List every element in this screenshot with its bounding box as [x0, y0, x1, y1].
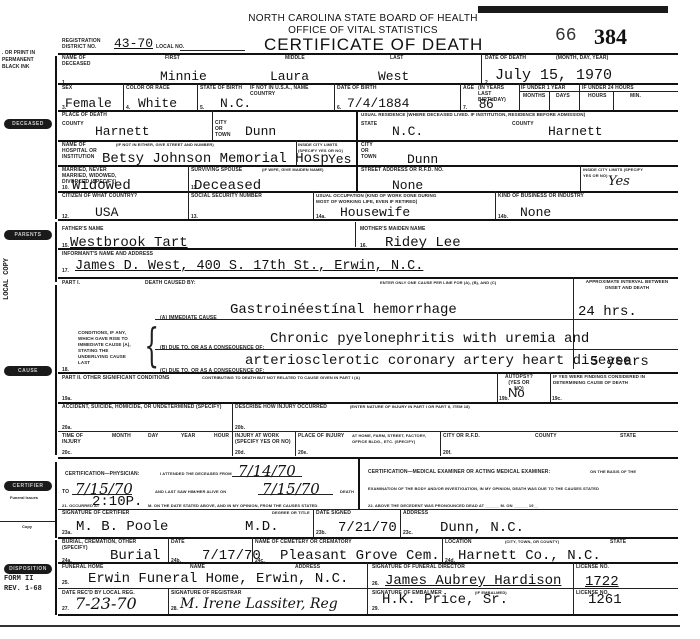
- citizen-label: CITIZEN OF WHAT COUNTRY?: [62, 193, 137, 199]
- last-saw-alive: 7/15/70: [262, 480, 320, 498]
- father-label: FATHER'S NAME: [62, 226, 104, 232]
- attended-from: 7/14/70: [238, 462, 296, 480]
- date-signed-label: DATE SIGNED: [316, 510, 351, 516]
- time-injury-label: TIME OF INJURY: [62, 433, 87, 445]
- place-of-death-county: Harnett: [95, 124, 150, 139]
- sex-label: SEX: [62, 85, 72, 91]
- part2-label: PART II. OTHER SIGNIFICANT CONDITIONS: [62, 375, 170, 381]
- birth-state: N.C.: [220, 96, 251, 111]
- injury-day-label: DAY: [148, 433, 158, 439]
- agency-line-1: NORTH CAROLINA STATE BOARD OF HEALTH: [248, 13, 478, 24]
- name-label: NAME OF DECEASED: [62, 55, 102, 67]
- injury-year-label: YEAR: [181, 433, 195, 439]
- registration-district-label: REGISTRATION DISTRICT NO.: [62, 38, 106, 50]
- describe-injury-label: DESCRIBE HOW INJURY OCCURRED: [235, 404, 327, 410]
- date-of-death-label: DATE OF DEATH: [485, 55, 526, 61]
- last-label: LAST: [390, 55, 403, 61]
- age-label: AGE: [463, 85, 474, 91]
- res-city-label: CITY OR TOWN: [361, 142, 381, 160]
- me-note-1: ON THE BASIS OF THE: [590, 469, 636, 475]
- injury-month-label: MONTH: [112, 433, 131, 439]
- death-label: DEATH: [340, 489, 354, 495]
- address-label: ADDRESS: [403, 510, 428, 516]
- age-days-label: DAYS: [556, 93, 570, 99]
- residence-label: USUAL RESIDENCE (WHERE DECEASED LIVED. I…: [361, 112, 585, 118]
- cemetery-label: NAME OF CEMETERY OR CREMATORY: [255, 539, 352, 545]
- certificate-prefix: 66: [555, 26, 577, 46]
- certificate-number: 384: [594, 24, 627, 50]
- res-street-label: STREET ADDRESS OR R.F.D. No.: [361, 167, 444, 173]
- certifier-name: M. B. Poole: [76, 519, 168, 535]
- mother-label: MOTHER'S MAIDEN NAME: [360, 226, 425, 232]
- spouse-note: (IF WIFE, GIVE MAIDEN NAME): [262, 167, 324, 173]
- age: 86: [479, 96, 493, 111]
- me-note-2: EXAMINATION OF THE BODY AND/OR INVESTIGA…: [368, 486, 599, 492]
- funeral-home-label: FUNERAL HOME: [62, 564, 103, 570]
- if-yes-label: IF YES WERE FINDINGS CONSIDERED IN DETER…: [553, 374, 678, 386]
- autopsy: No: [508, 385, 525, 400]
- date-of-birth: 7/4/1884: [347, 96, 409, 111]
- death-caused-by-label: DEATH CAUSED BY:: [145, 280, 196, 286]
- location-state-label: STATE: [610, 539, 626, 545]
- director-signature-label: SIGNATURE OF FUNERAL DIRECTOR: [372, 564, 465, 570]
- injury-hour-label: HOUR: [214, 433, 229, 439]
- race-label: COLOR OR RACE: [126, 85, 170, 91]
- occurred-time: 2:10P.: [92, 494, 142, 510]
- embalmer-license: 1261: [588, 592, 622, 608]
- age-months-label: MONTHS: [523, 93, 545, 99]
- certifier-copy-note: Copy: [22, 523, 32, 530]
- date-signed: 7/21/70: [338, 520, 397, 536]
- section-tab-disposition: DISPOSITION: [4, 564, 52, 574]
- deceased-last-name: West: [378, 69, 409, 84]
- immediate-cause-interval: 24 hrs.: [578, 304, 637, 320]
- physician-cert-label: CERTIFICATION—PHYSICIAN:: [65, 471, 140, 477]
- funeral-director: James Aubrey Hardison: [385, 573, 561, 589]
- due-to-b: Chronic pyelonephritis with uremia and: [270, 331, 589, 347]
- accident-label: ACCIDENT, SUICIDE, HOMICIDE, OR UNDETERM…: [62, 404, 232, 410]
- residence-inside-city: Yes: [608, 174, 630, 189]
- section-tab-cause: CAUSE: [4, 366, 52, 376]
- occupation-label: USUAL OCCUPATION (KIND OF WORK DONE DURI…: [316, 193, 446, 205]
- enter-only-label: ENTER ONLY ONE CAUSE PER LINE FOR (a), (…: [380, 280, 496, 286]
- last-saw-label: AND LAST SAW HIM/HER ALIVE ON: [155, 489, 226, 495]
- industry-label: KIND OF BUSINESS OR INDUSTRY: [498, 193, 584, 199]
- informant: James D. West, 400 S. 17th St., Erwin, N…: [75, 259, 423, 274]
- injury-county-label: COUNTY: [535, 433, 557, 439]
- degree-label: DEGREE OR TITLE: [272, 510, 310, 516]
- deceased-middle-name: Laura: [270, 69, 309, 84]
- redaction-bar: [478, 6, 668, 13]
- dob-label: DATE OF BIRTH: [337, 85, 377, 91]
- spouse-label: SURVIVING SPOUSE: [191, 167, 242, 173]
- immediate-cause-label: (a) IMMEDIATE CAUSE: [160, 315, 217, 321]
- funeral-home-name-label: NAME: [190, 564, 205, 570]
- date-of-death: July 15, 1970: [495, 67, 612, 84]
- form-rev: REV. 1-68: [4, 586, 42, 593]
- to-label: TO: [62, 489, 69, 495]
- business-industry: None: [520, 205, 551, 220]
- signature-certifier-label: SIGNATURE OF CERTIFIER: [62, 510, 129, 516]
- place-injury-note: AT HOME, FARM, STREET, FACTORY, OFFICE B…: [352, 433, 442, 445]
- informant-label: INFORMANT'S NAME AND ADDRESS: [62, 251, 153, 257]
- certifier-degree: M.D.: [245, 519, 279, 535]
- age-under24-label: IF UNDER 24 HOURS: [582, 85, 634, 91]
- date-of-death-sub: (MONTH, DAY, YEAR): [556, 55, 608, 61]
- me-cert-label: CERTIFICATION—MEDICAL EXAMINER OR ACTING…: [368, 469, 550, 475]
- place-of-death-label: PLACE OF DEATH: [62, 112, 107, 118]
- deceased-first-name: Minnie: [160, 69, 207, 84]
- due-to-c-interval: 5 years: [590, 354, 649, 370]
- section-tab-deceased: DECEASED: [4, 119, 52, 129]
- section-tab-parents: PARENTS: [4, 230, 52, 240]
- certifier-sub-note: Funeral Issues: [10, 494, 38, 501]
- residence-state: N.C.: [392, 124, 423, 139]
- location-label: LOCATION: [445, 539, 472, 545]
- at-work-label: INJURY AT WORK (SPECIFY YES OR NO): [235, 433, 293, 445]
- res-state-label: STATE: [361, 121, 377, 127]
- certifier-address: Dunn, N.C.: [440, 520, 524, 536]
- pod-city-label: CITY OR TOWN: [215, 120, 235, 138]
- funeral-home: Erwin Funeral Home, Erwin, N.C.: [88, 571, 348, 587]
- describe-injury-note: (ENTER NATURE OF INJURY IN PART I OR PAR…: [350, 404, 470, 410]
- sex: Female: [65, 96, 112, 111]
- interval-label: APPROXIMATE INTERVAL BETWEEN ONSET AND D…: [582, 279, 672, 291]
- first-label: FIRST: [165, 55, 180, 61]
- page-title: CERTIFICATE OF DEATH: [264, 35, 483, 55]
- part1-label: PART I.: [62, 280, 80, 286]
- date-received: 7-23-70: [75, 594, 137, 613]
- director-license-label: LICENSE NO.: [576, 564, 609, 570]
- age-hours-label: HOURS: [588, 93, 607, 99]
- age-min-label: MIN.: [630, 93, 641, 99]
- race: White: [138, 96, 177, 111]
- funeral-home-address-label: ADDRESS: [295, 564, 320, 570]
- middle-label: MIDDLE: [285, 55, 305, 61]
- registration-district: 43-70: [114, 36, 153, 51]
- attended-label: I ATTENDED THE DECEASED FROM: [160, 471, 232, 477]
- usual-occupation: Housewife: [340, 205, 410, 220]
- citizenship: USA: [95, 205, 118, 220]
- conditions-brace: {: [144, 322, 159, 368]
- place-of-death-city: Dunn: [245, 124, 276, 139]
- pod-county-label: COUNTY: [62, 121, 84, 127]
- ink-instruction: . OR PRINT IN PERMANENT BLACK INK: [2, 50, 44, 71]
- form-id: FORM II: [4, 576, 33, 583]
- due-to-c: arteriosclerotic coronary artery heart d…: [245, 353, 631, 369]
- injury-city-label: CITY OR R.F.D.: [443, 433, 480, 439]
- bottom-scan-line: [0, 625, 680, 627]
- embalmer: H.K. Price, Sr.: [382, 592, 508, 608]
- due-to-b-label: (b) DUE TO, OR AS A CONSEQUENCE OF:: [160, 345, 264, 351]
- hospital-label: NAME OF HOSPITAL OR INSTITUTION: [62, 142, 102, 160]
- disposition-date-label: DATE: [171, 539, 185, 545]
- section-tab-certifier: CERTIFIER: [4, 481, 52, 491]
- conditions-note: CONDITIONS, IF ANY, WHICH GAVE RISE TO I…: [78, 330, 136, 366]
- injury-state-label: STATE: [620, 433, 636, 439]
- location-note: (CITY, TOWN, OR COUNTY): [505, 539, 559, 545]
- res-county-label: COUNTY: [512, 121, 534, 127]
- ssn-label: SOCIAL SECURITY NUMBER: [191, 193, 262, 199]
- part2-note: CONTRIBUTING TO DEATH BUT NOT RELATED TO…: [202, 375, 360, 381]
- immediate-cause: Gastroinéestínal hemorrhage: [230, 302, 457, 318]
- place-injury-label: PLACE OF INJURY: [298, 433, 344, 439]
- hospital-note: (IF NOT IN EITHER, GIVE STREET AND NUMBE…: [116, 142, 214, 148]
- registrar-signature: M. Irene Lassiter, Reg: [180, 596, 338, 612]
- residence-county: Harnett: [548, 124, 603, 139]
- local-copy-label: LOCAL COPY: [4, 258, 11, 300]
- birth-state-label: STATE OF BIRTH: [200, 85, 242, 91]
- birth-country-label: IF NOT IN U.S.A., NAME COUNTRY: [250, 85, 330, 97]
